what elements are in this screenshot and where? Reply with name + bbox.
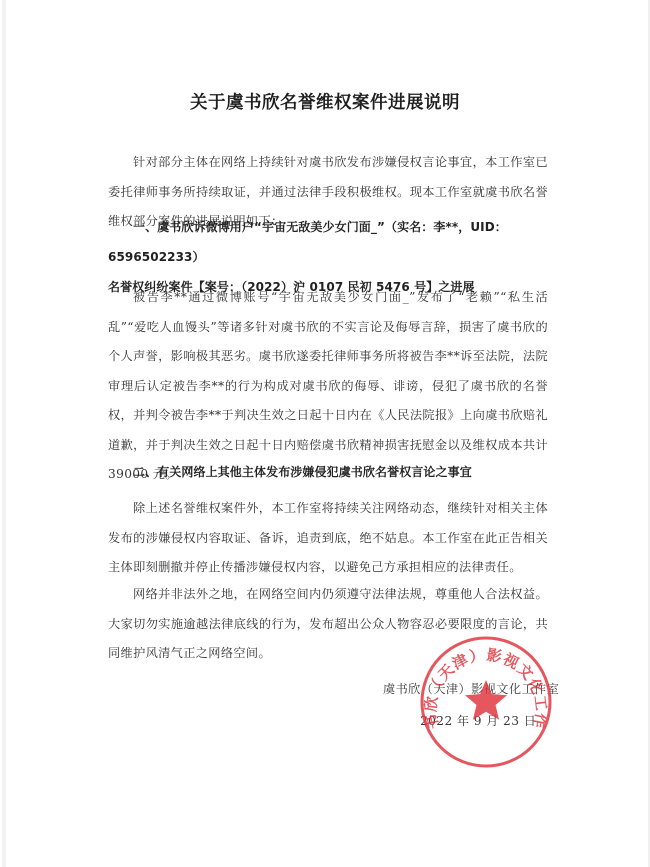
seal-text: 虞书欣（天津）影视文化工作室 bbox=[418, 634, 550, 731]
official-seal: 虞书欣（天津）影视文化工作室 bbox=[418, 634, 554, 770]
seal-graphic: 虞书欣（天津）影视文化工作室 bbox=[418, 634, 554, 770]
document-title: 关于虞书欣名誉维权案件进展说明 bbox=[0, 89, 650, 114]
section-2-body: 除上述名誉维权案件外，本工作室将持续关注网络动态，继续针对相关主体发布的涉嫌侵权… bbox=[108, 494, 548, 583]
section-1-heading-line1: 一、虞书欣诉微博用户“宇宙无敌美少女门面_”（实名：李**，UID：659650… bbox=[108, 220, 507, 264]
svg-text:虞书欣（天津）影视文化工作室: 虞书欣（天津）影视文化工作室 bbox=[418, 634, 550, 731]
star-icon bbox=[465, 680, 507, 720]
page-edge bbox=[2, 0, 6, 867]
section-2-heading: 二、有关网络上其他主体发布涉嫌侵犯虞书欣名誉权言论之事宜 bbox=[108, 457, 568, 487]
